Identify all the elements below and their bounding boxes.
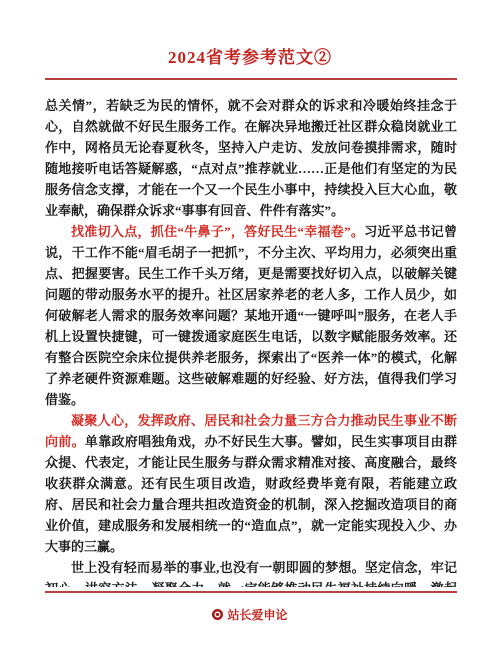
brand-logo-icon [212,609,223,620]
footer-brand: 站长爱申论 [0,606,500,624]
article-paragraph: 凝聚人心，发挥政府、居民和社会力量三方合力推动民生事业不断向前。单靠政府唱独角戏… [45,410,457,557]
article-body: 总关情”，若缺乏为民的情怀，就不会对群众的诉求和冷暖始终挂念于心，自然就做不好民… [45,95,457,587]
brand-name: 站长爱申论 [227,608,287,622]
paragraph-lead: 找准切入点，抓住“牛鼻子”，答好民生“幸福卷”。 [71,224,364,239]
document-page: 2024省考参考范文② 总关情”，若缺乏为民的情怀，就不会对群众的诉求和冷暖始终… [0,0,500,667]
article-paragraph: 找准切入点，抓住“牛鼻子”，答好民生“幸福卷”。习近平总书记曾说，干工作不能“眉… [45,221,457,410]
article-paragraph: 总关情”，若缺乏为民的情怀，就不会对群众的诉求和冷暖始终挂念于心，自然就做不好民… [45,95,457,221]
paragraph-text: 单靠政府唱独角戏，办不好民生大事。譬如，民生实事项目由群众提、代表定，才能让民生… [45,434,457,554]
paragraph-text: 习近平总书记曾说，干工作不能“眉毛胡子一把抓”，不分主次、平均用力，必须突出重点… [45,224,457,407]
article-paragraph: 世上没有轻而易举的事业,也没有一朝即圆的梦想。坚定信念，牢记初心，讲究方法，凝聚… [45,557,457,587]
page-title: 2024省考参考范文② [0,47,500,69]
title-divider [45,78,457,80]
paragraph-text: 世上没有轻而易举的事业,也没有一朝即圆的梦想。坚定信念，牢记初心，讲究方法，凝聚… [45,560,457,587]
paragraph-text: 总关情”，若缺乏为民的情怀，就不会对群众的诉求和冷暖始终挂念于心，自然就做不好民… [45,98,457,218]
footer-divider [45,591,457,593]
